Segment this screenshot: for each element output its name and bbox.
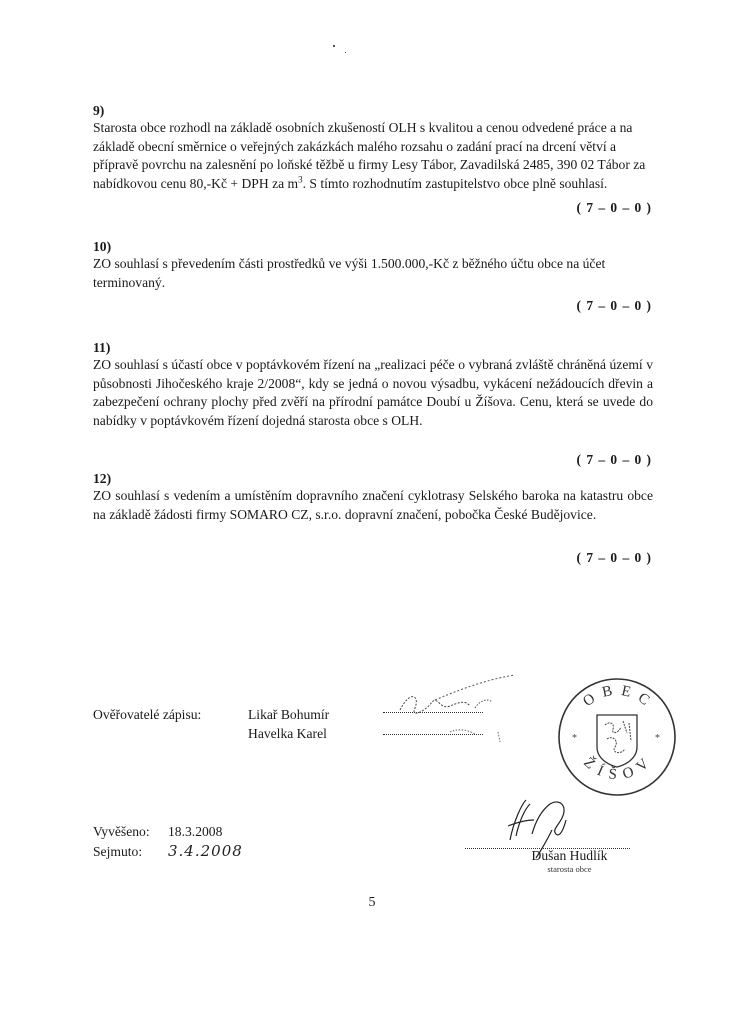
stamp-bottom-text: Ž Í Š O V <box>580 754 654 783</box>
verifier-name: Likař Bohumír <box>248 707 329 722</box>
item-number: 10) <box>93 238 653 255</box>
item-number: 12) <box>93 470 653 487</box>
item-text: Starosta obce rozhodl na základě osobníc… <box>93 119 653 193</box>
verifiers-label: Ověřovatelé zápisu: <box>93 706 248 725</box>
minutes-verifiers: Ověřovatelé zápisu:Likař Bohumír Havelka… <box>93 706 329 743</box>
vote-result: ( 7 – 0 – 0 ) <box>577 298 652 314</box>
item-text-end: . S tímto rozhodnutím zastupitelstvo obc… <box>303 176 608 191</box>
item-text: ZO souhlasí s účastí obce v poptávkovém … <box>93 356 653 430</box>
removed-label: Sejmuto: <box>93 843 168 862</box>
svg-text:O B E C: O B E C <box>580 683 654 710</box>
posted-date: 18.3.2008 <box>168 824 222 839</box>
mayor-role: starosta obce <box>472 864 627 875</box>
resolution-9: 9) Starosta obce rozhodl na základě osob… <box>93 102 653 193</box>
stamp-top-text: O B E C <box>580 683 654 710</box>
municipal-stamp: O B E C Ž Í Š O V * * <box>555 675 679 799</box>
mayor-block: Dušan Hudlík starosta obce <box>472 848 627 875</box>
removed-date: 3.4.2008 <box>168 842 243 860</box>
posted-label: Vyvěšeno: <box>93 823 168 842</box>
svg-text:Ž Í Š O V: Ž Í Š O V <box>580 754 654 783</box>
star-icon: * <box>572 733 577 744</box>
document-page: 9) Starosta obce rozhodl na základě osob… <box>0 0 744 1024</box>
posting-info: Vyvěšeno:18.3.2008 Sejmuto:3.4.2008 <box>93 823 243 861</box>
verifier-signature-icon <box>380 670 530 750</box>
scan-speck <box>345 52 346 53</box>
item-number: 11) <box>93 339 653 356</box>
mayor-name: Dušan Hudlík <box>472 848 627 864</box>
vote-result: ( 7 – 0 – 0 ) <box>577 550 652 566</box>
coat-of-arms-lion-icon <box>597 715 637 767</box>
resolution-10: 10) ZO souhlasí s převedením části prost… <box>93 238 653 292</box>
page-number: 5 <box>0 895 744 911</box>
resolution-12: 12) ZO souhlasí s vedením a umístěním do… <box>93 470 653 524</box>
item-number: 9) <box>93 102 653 119</box>
item-text: ZO souhlasí s převedením části prostředk… <box>93 255 653 292</box>
verifier-name: Havelka Karel <box>248 726 327 741</box>
resolution-11: 11) ZO souhlasí s účastí obce v poptávko… <box>93 339 653 430</box>
item-text: ZO souhlasí s vedením a umístěním doprav… <box>93 487 653 524</box>
vote-result: ( 7 – 0 – 0 ) <box>577 452 652 468</box>
star-icon: * <box>655 733 660 744</box>
scan-speck <box>333 45 335 47</box>
vote-result: ( 7 – 0 – 0 ) <box>577 200 652 216</box>
